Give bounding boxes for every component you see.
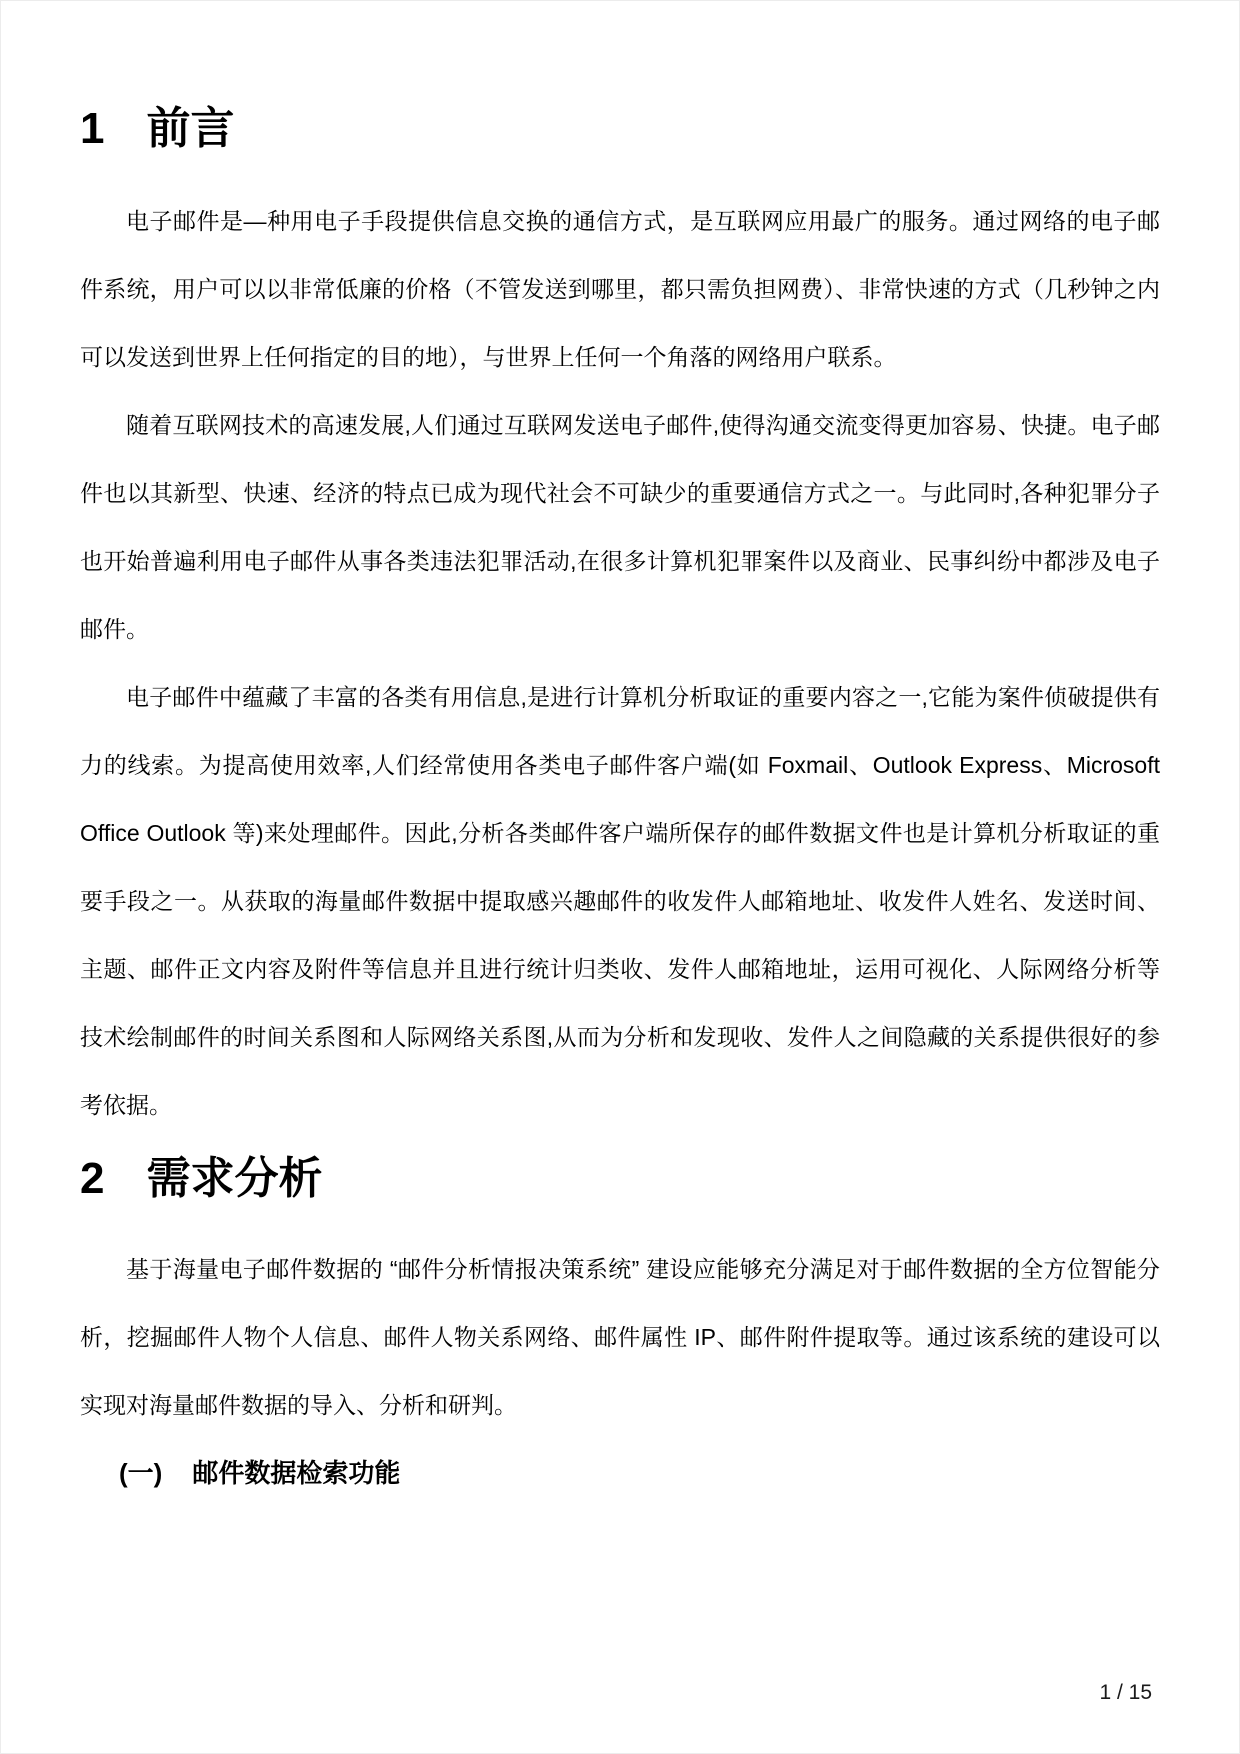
heading-preface-title: 前言 (146, 103, 234, 155)
heading-requirements-number: 2 (80, 1153, 104, 1205)
subheading-title: 邮件数据检索功能 (192, 1455, 400, 1491)
heading-requirements-title: 需求分析 (146, 1153, 322, 1205)
paragraph-internet-development: 随着互联网技术的高速发展,人们通过互联网发送电子邮件,使得沟通交流变得更加容易、… (80, 391, 1160, 663)
page-number: 1 / 15 (1099, 1679, 1152, 1707)
paragraph-system-requirements: 基于海量电子邮件数据的 “邮件分析情报决策系统” 建设应能够充分满足对于邮件数据… (80, 1235, 1160, 1439)
paragraph-email-definition: 电子邮件是—种用电子手段提供信息交换的通信方式，是互联网应用最广的服务。通过网络… (80, 187, 1160, 391)
document-page: 1 前言 电子邮件是—种用电子手段提供信息交换的通信方式，是互联网应用最广的服务… (0, 0, 1240, 1754)
subheading-mail-data-search: (一) 邮件数据检索功能 (80, 1455, 1160, 1491)
heading-requirements: 2 需求分析 (80, 1153, 1160, 1205)
heading-preface: 1 前言 (80, 103, 1160, 155)
heading-preface-number: 1 (80, 103, 104, 155)
subheading-number: (一) (119, 1455, 162, 1491)
paragraph-email-forensics: 电子邮件中蕴藏了丰富的各类有用信息,是进行计算机分析取证的重要内容之一,它能为案… (80, 663, 1160, 1139)
